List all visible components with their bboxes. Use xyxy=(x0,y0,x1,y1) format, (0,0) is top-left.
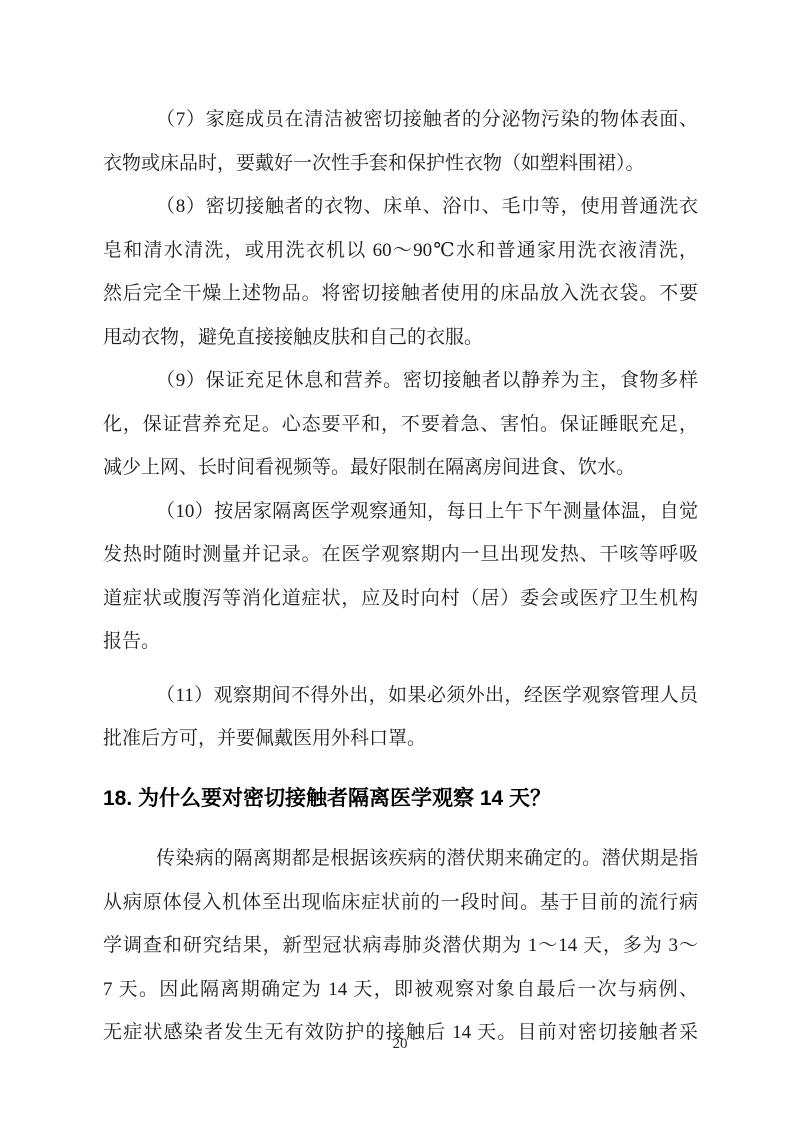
text-line: 然后完全干燥上述物品。将密切接触者使用的床品放入洗衣袋。不要 xyxy=(103,272,698,316)
document-body: （7）家庭成员在清洁被密切接触者的分泌物污染的物体表面、 衣物或床品时，要戴好一… xyxy=(103,98,698,1055)
text-line: （8）密切接触者的衣物、床单、浴巾、毛巾等，使用普通洗衣 xyxy=(103,185,698,229)
text-line: 减少上网、长时间看视频等。最好限制在隔离房间进食、饮水。 xyxy=(103,446,698,490)
text-line: 7 天。因此隔离期确定为 14 天，即被观察对象自最后一次与病例、 xyxy=(103,968,698,1012)
text-line: 学调查和研究结果，新型冠状病毒肺炎潜伏期为 1～14 天，多为 3～ xyxy=(103,924,698,968)
text-line: 报告。 xyxy=(103,620,698,664)
answer-paragraph: 传染病的隔离期都是根据该疾病的潜伏期来确定的。潜伏期是指 从病原体侵入机体至出现… xyxy=(103,837,698,1055)
text-line: （11）观察期间不得外出，如果必须外出，经医学观察管理人员 xyxy=(103,674,698,718)
text-line: （10）按居家隔离医学观察通知，每日上午下午测量体温，自觉 xyxy=(103,490,698,534)
text-line: 道症状或腹泻等消化道症状，应及时向村（居）委会或医疗卫生机构 xyxy=(103,577,698,621)
text-line: （9）保证充足休息和营养。密切接触者以静养为主，食物多样 xyxy=(103,359,698,403)
text-line: （7）家庭成员在清洁被密切接触者的分泌物污染的物体表面、 xyxy=(103,98,698,142)
document-page: （7）家庭成员在清洁被密切接触者的分泌物污染的物体表面、 衣物或床品时，要戴好一… xyxy=(0,0,800,1131)
text-line: 甩动衣物，避免直接接触皮肤和自己的衣服。 xyxy=(103,316,698,360)
section-heading: 18. 为什么要对密切接触者隔离医学观察 14 天？ xyxy=(103,777,698,821)
text-line: 皂和清水清洗，或用洗衣机以 60～90℃水和普通家用洗衣液清洗， xyxy=(103,229,698,273)
text-line: 传染病的隔离期都是根据该疾病的潜伏期来确定的。潜伏期是指 xyxy=(103,837,698,881)
text-line: 从病原体侵入机体至出现临床症状前的一段时间。基于目前的流行病 xyxy=(103,881,698,925)
text-line: 衣物或床品时，要戴好一次性手套和保护性衣物（如塑料围裙）。 xyxy=(103,142,698,186)
text-line: 化，保证营养充足。心态要平和，不要着急、害怕。保证睡眠充足， xyxy=(103,403,698,447)
text-line: 批准后方可，并要佩戴医用外科口罩。 xyxy=(103,717,698,761)
paragraph-8: （8）密切接触者的衣物、床单、浴巾、毛巾等，使用普通洗衣 皂和清水清洗，或用洗衣… xyxy=(103,185,698,359)
paragraph-10: （10）按居家隔离医学观察通知，每日上午下午测量体温，自觉 发热时随时测量并记录… xyxy=(103,490,698,664)
paragraph-7: （7）家庭成员在清洁被密切接触者的分泌物污染的物体表面、 衣物或床品时，要戴好一… xyxy=(103,98,698,185)
text-line: 发热时随时测量并记录。在医学观察期内一旦出现发热、干咳等呼吸 xyxy=(103,533,698,577)
paragraph-9: （9）保证充足休息和营养。密切接触者以静养为主，食物多样 化，保证营养充足。心态… xyxy=(103,359,698,490)
paragraph-11: （11）观察期间不得外出，如果必须外出，经医学观察管理人员 批准后方可，并要佩戴… xyxy=(103,674,698,761)
page-number: 20 xyxy=(0,1035,800,1053)
